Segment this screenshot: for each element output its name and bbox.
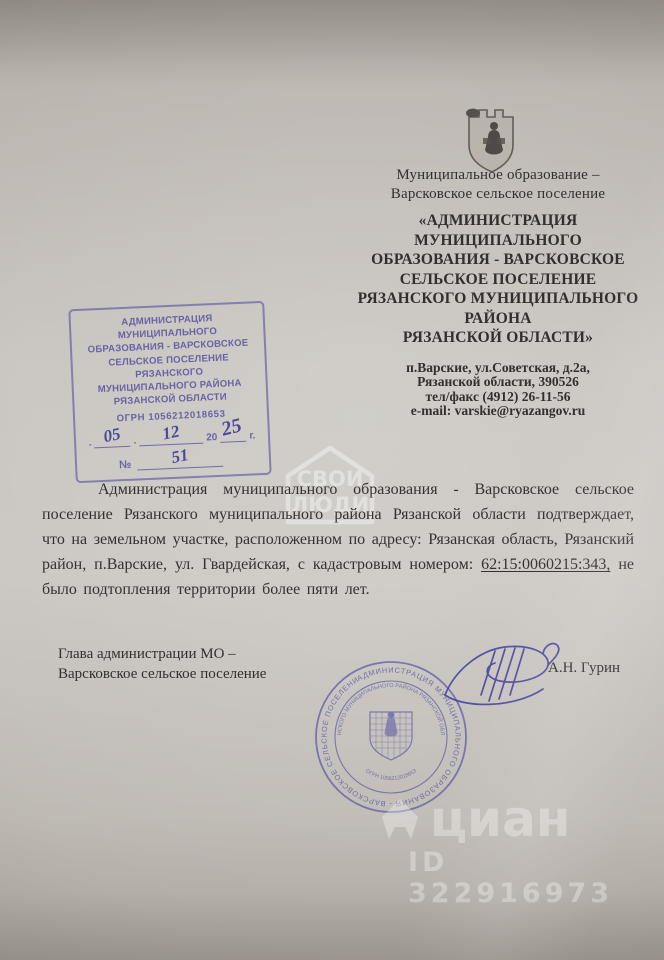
handwritten-year: 25 (221, 421, 243, 436)
stamp-date-year-field: 25 (220, 427, 247, 443)
letter-body: Администрация муниципального образования… (42, 477, 634, 602)
stamp-date-day-field: 05 (94, 432, 131, 449)
handwritten-signature (425, 615, 575, 720)
stamp-number-label: № (119, 459, 132, 472)
stamp-date-dot: . (133, 436, 136, 447)
stamp-date-century: 20 (206, 432, 218, 443)
address-line: Рязанской области, 390526 (340, 375, 656, 390)
signer-position: Глава администрации МО – Варсковское сел… (58, 644, 266, 684)
org-name-line: ОБРАЗОВАНИЯ - ВАРСКОВСКОЕ (340, 250, 656, 270)
cian-watermark: циан ID 322916973 (380, 794, 664, 909)
stamp-number-field: 51 (137, 452, 224, 471)
cadastral-number: 62:15:0060215:343, (481, 556, 610, 573)
address-line: e-mail: varskie@ryazangov.ru (340, 404, 656, 419)
stamp-date-month-field: 12 (139, 429, 204, 447)
org-name-line: «АДМИНИСТРАЦИЯ (340, 211, 656, 231)
stamp-number-row: № 51 (81, 450, 265, 473)
cian-listing-id: ID 322916973 (380, 847, 664, 909)
cian-house-icon (380, 797, 420, 841)
org-name-line: СЕЛЬСКОЕ ПОСЕЛЕНИЕ (340, 270, 656, 290)
registration-stamp: АДМИНИСТРАЦИЯ МУНИЦИПАЛЬНОГО ОБРАЗОВАНИЯ… (68, 301, 271, 484)
org-name-line: РЯЗАНСКОГО МУНИЦИПАЛЬНОГО (340, 289, 656, 309)
handwritten-day: 05 (103, 429, 122, 442)
org-name-line: РЯЗАНСКОЙ ОБЛАСТИ» (340, 328, 656, 348)
handwritten-number: 51 (170, 450, 189, 463)
handwritten-month: 12 (161, 427, 180, 440)
document-photo: Муниципальное образование – Варсковское … (0, 0, 664, 960)
stamp-date-row: . 05 . 12 20 25 г. (80, 426, 264, 449)
address-line: п.Варские, ул.Советская, д.2а, (340, 361, 656, 376)
muni-line-1: Муниципальное образование – (340, 166, 656, 185)
seal-shield (370, 712, 412, 760)
org-address: п.Варские, ул.Советская, д.2а, Рязанской… (340, 361, 656, 419)
stamp-date-dot: . (89, 438, 92, 449)
org-name: «АДМИНИСТРАЦИЯ МУНИЦИПАЛЬНОГО ОБРАЗОВАНИ… (340, 211, 656, 348)
org-name-line: РАЙОНА (340, 309, 656, 329)
seal-ogrn-text: ОГРН 1056212018653 (364, 768, 418, 782)
org-name-line: МУНИЦИПАЛЬНОГО (340, 231, 656, 251)
signer-position-line2: Варсковское сельское поселение (58, 664, 266, 684)
stamp-date-suffix: г. (249, 431, 255, 442)
arms-cap (466, 109, 480, 118)
cian-brand-text: циан (430, 794, 570, 844)
address-line: тел/факс (4912) 26-11-56 (340, 390, 656, 405)
signer-position-line1: Глава администрации МО – (58, 644, 266, 664)
svg-text:ОГРН 1056212018653: ОГРН 1056212018653 (364, 768, 418, 782)
letterhead: Муниципальное образование – Варсковское … (340, 166, 656, 419)
muni-line-2: Варсковское сельское поселение (340, 185, 656, 204)
